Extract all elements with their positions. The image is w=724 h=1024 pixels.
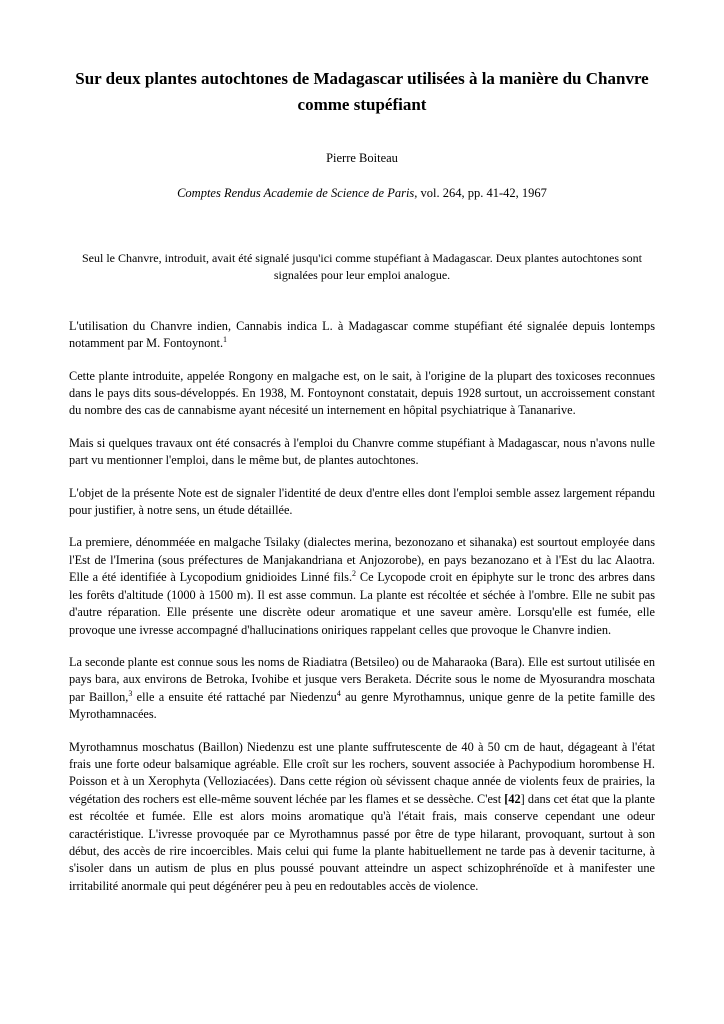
paragraph-7: Myrothamnus moschatus (Baillon) Niedenzu… [69, 739, 655, 896]
paragraph-3: Mais si quelques travaux ont été consacr… [69, 435, 655, 470]
abstract-text: Seul le Chanvre, introduit, avait été si… [69, 250, 655, 285]
paper-page: Sur deux plantes autochtones de Madagasc… [0, 0, 724, 1024]
paragraph-6: La seconde plante est connue sous les no… [69, 654, 655, 724]
paragraph-5: La premiere, dénomméée en malgache Tsila… [69, 534, 655, 638]
paragraph-1: L'utilisation du Chanvre indien, Cannabi… [69, 318, 655, 353]
paragraph-2: Cette plante introduite, appelée Rongony… [69, 368, 655, 420]
paper-title: Sur deux plantes autochtones de Madagasc… [69, 66, 655, 118]
citation-line: Comptes Rendus Academie de Science de Pa… [69, 185, 655, 202]
author-name: Pierre Boiteau [69, 150, 655, 167]
paragraph-4: L'objet de la présente Note est de signa… [69, 485, 655, 520]
paper-body: L'utilisation du Chanvre indien, Cannabi… [69, 318, 655, 895]
